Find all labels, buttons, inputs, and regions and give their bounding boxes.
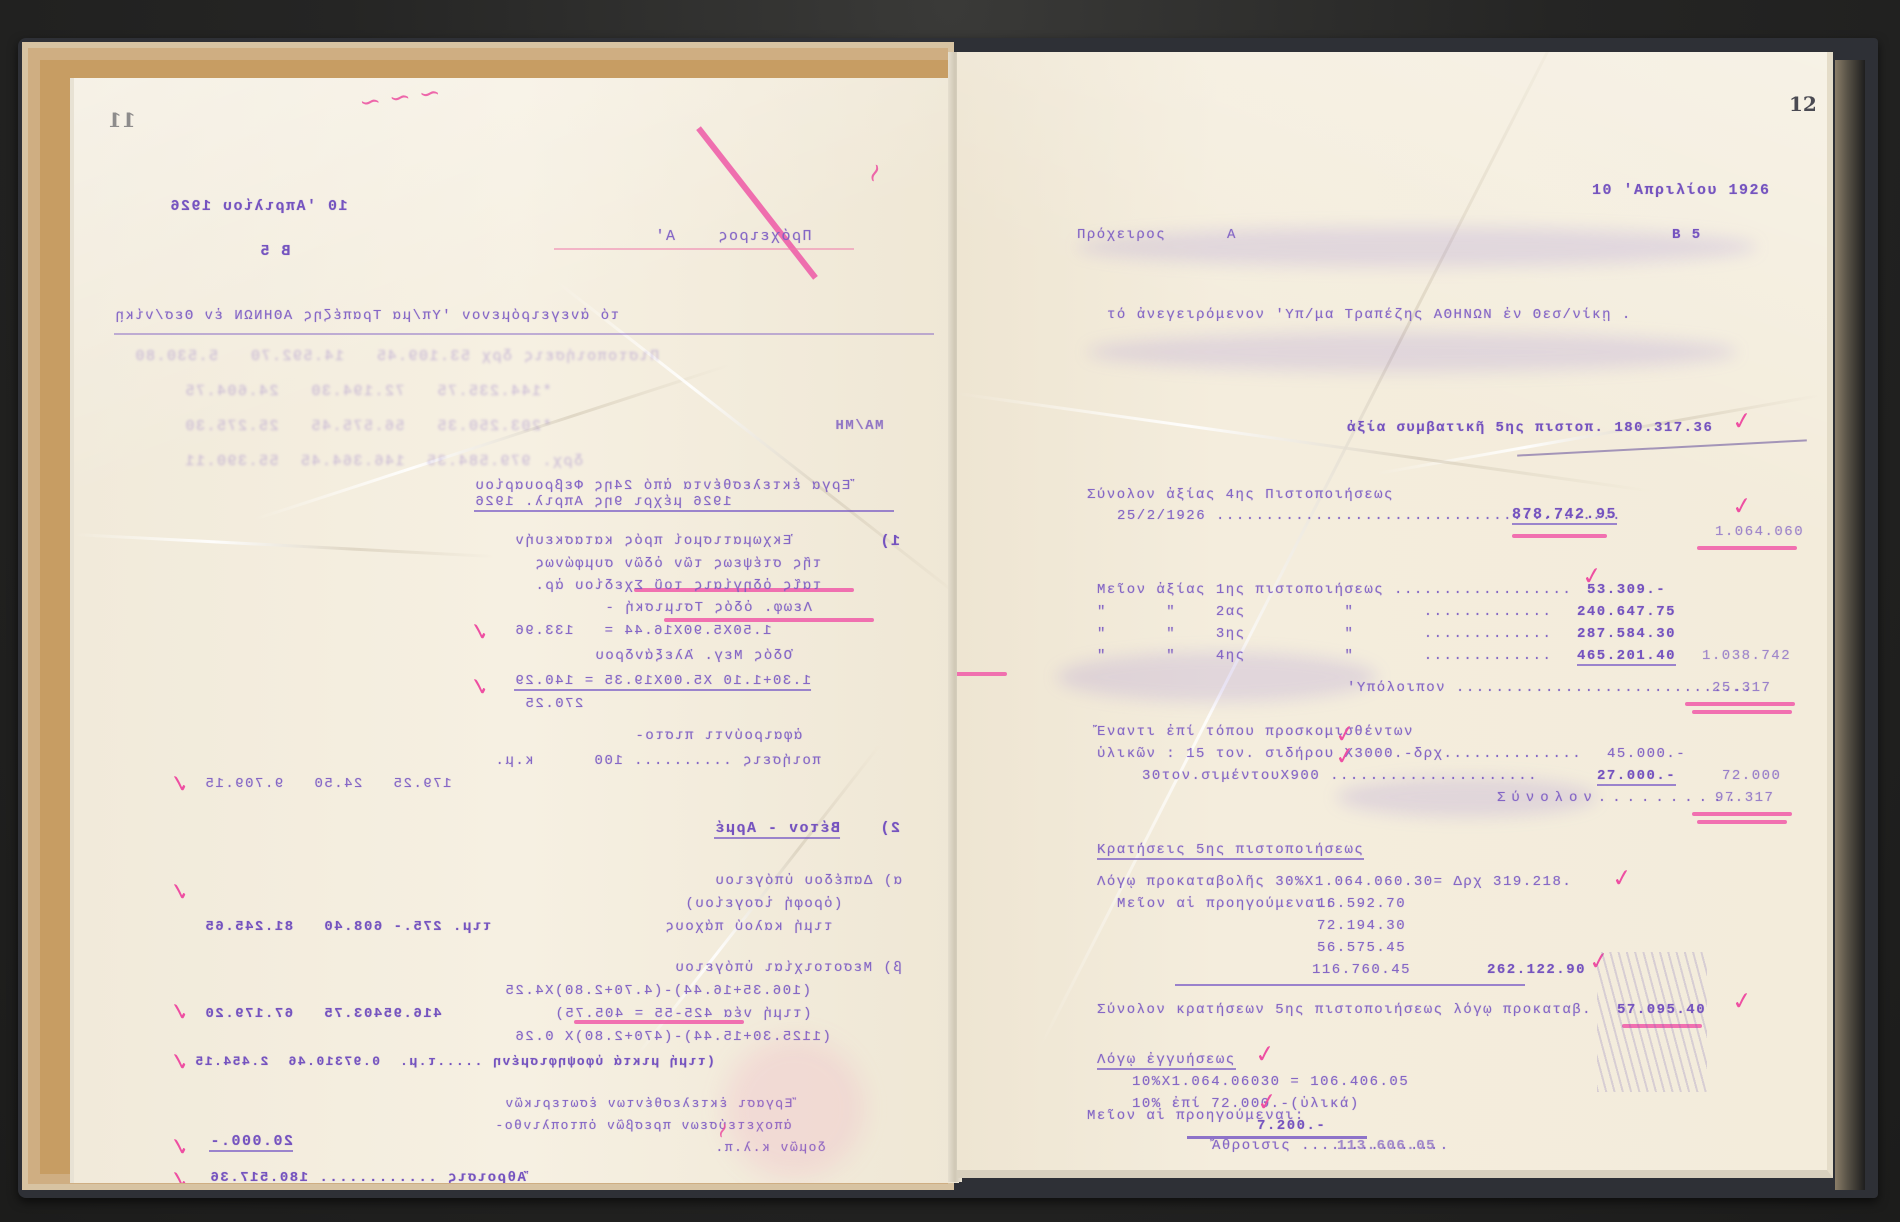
pink-check-icon: ✓ xyxy=(167,877,191,908)
pink-check-icon: ✓ xyxy=(167,997,191,1028)
materials-line: 30τον.σιμέντουΧ900 ..................... xyxy=(1142,768,1538,784)
date-text: 10 'Απριλίου 1926 xyxy=(1592,182,1771,199)
materials-value: 45.000.- xyxy=(1607,746,1686,762)
pink-check-icon: ✓ xyxy=(1255,1087,1279,1118)
section-line: 416.95403.75 67.179.20 xyxy=(204,1006,442,1022)
ink-bleed xyxy=(1077,227,1757,267)
section-line: Λεωφ. ὁδός Τσιμισκή - xyxy=(604,600,812,616)
minus-row: " " 2ας " ............. xyxy=(1097,604,1552,620)
guarantee-line: 7.200.- xyxy=(1257,1118,1326,1134)
pink-check-icon: ✓ xyxy=(1730,491,1754,522)
pink-pencil-annotation: ~ ~ ~ xyxy=(357,78,442,119)
advance-line: Λόγῳ προκαταβολῆς 30%Χ1.064.060.30= Δρχ … xyxy=(1097,874,1572,890)
section-line: ἀφαιρούντι πιστο- xyxy=(634,728,802,744)
previous-value: 116.760.45 xyxy=(1312,962,1411,978)
minus-row: " " 4ης " ............. xyxy=(1097,648,1552,664)
title-text: τό ἀνεγειρόμενον 'Υπ/μα Τραπέζης ΑΘΗΝΩΝ … xyxy=(114,308,619,324)
section-line: (106.35+16.44)-(4.70+2.80)Χ4.25 xyxy=(504,983,811,999)
section-line: τῆς στέψεως τῶν ὁδῶν συμφώνως xyxy=(534,556,821,572)
pink-check-icon: ✓ xyxy=(1730,406,1754,437)
ledger-row: *144.235.75 72.194.30 24.604.75 xyxy=(184,383,552,400)
pink-underline xyxy=(1685,702,1795,706)
page-number: 12 xyxy=(1789,92,1817,116)
ink-bleed xyxy=(1087,332,1737,372)
section-line: τιμ. 275.- 608.40 81.245.65 xyxy=(204,919,491,935)
carry-value: 1.064.060 xyxy=(1715,524,1804,540)
pink-check-icon: ✓ xyxy=(167,1132,191,1163)
pink-check-icon: ✓ xyxy=(467,672,491,703)
section-line: ταῖς ὁδηγίαις τοῦ Σχεδίου ἀρ. xyxy=(534,578,821,594)
pink-check-icon: ✓ xyxy=(167,1165,191,1183)
section-line: 179.25 24.50 9.709.15 xyxy=(204,776,452,792)
pink-mark xyxy=(957,672,1007,676)
pencil-scribble xyxy=(1597,952,1707,1092)
section-marker: 1) xyxy=(879,533,900,550)
section-line: Ὁδός Μεγ. Ἀλεξάνδρου xyxy=(594,648,792,664)
previous-value: 16.592.70 xyxy=(1317,896,1406,912)
date-text: 10 'Απριλίου 1926 xyxy=(169,198,348,215)
previous-value: 56.575.45 xyxy=(1317,940,1406,956)
section-line: 1.30+1.10 Χ5.00Χ19.35 = 140.29 xyxy=(514,673,811,691)
pink-underline xyxy=(1512,534,1607,538)
side-label: ΜΑ/ΜΗ xyxy=(834,418,884,434)
pink-pencil-signature: ~ xyxy=(857,158,893,189)
ledger-row: *203.250.35 56.575.45 25.275.30 xyxy=(184,418,552,435)
value-line: ἀξία συμβατικῆ 5ης πιστοπ. 180.317.36 xyxy=(1347,420,1713,436)
pink-check-icon: ✓ xyxy=(167,769,191,800)
pink-underline xyxy=(1697,546,1797,550)
total-4th-label: Σύνολον ἀξίας 4ης Πιστοποιήσεως xyxy=(1087,487,1394,503)
section-line: α) Δαπέδου ὑπόγειου xyxy=(714,873,902,889)
pink-strike-mark xyxy=(696,126,818,279)
section-heading: Ἔργα ἐκτελεσθέντα ἀπό 24ης Φεβρουαρίου 1… xyxy=(474,478,894,512)
section-line: Ἐκχωματισμοί πρός κατασκευήν xyxy=(514,533,791,549)
minus-row-value: 287.584.30 xyxy=(1577,626,1676,642)
pink-check-icon: ✓ xyxy=(1253,1039,1277,1070)
pink-check-icon: ✓ xyxy=(467,617,491,648)
minus-row-value: 240.647.75 xyxy=(1577,604,1676,620)
left-page: 11 ~ ~ ~ ~ 10 'Απριλίου 1926 Β 5 Πρόχειρ… xyxy=(70,78,959,1183)
right-page: 12 10 'Απριλίου 1926 Β 5 Πρόχειρος Α τό … xyxy=(957,52,1833,1178)
pink-check-icon: ✓ xyxy=(167,1047,191,1078)
cover-right-edge xyxy=(1835,60,1865,1190)
pink-underline xyxy=(1692,812,1792,816)
pink-underline xyxy=(1692,710,1792,714)
section-marker: 2) xyxy=(879,820,900,837)
deductions-total-label: Σύνολον κρατήσεων 5ης πιστοποιήσεως λόγῳ… xyxy=(1097,1002,1592,1018)
pink-check-icon: ✓ xyxy=(1333,741,1357,772)
header-letter: Α xyxy=(1227,227,1237,243)
remainder-label: 'Υπόλοιπον .............................… xyxy=(1347,680,1753,696)
section-heading: Βέτον - Αρμέ xyxy=(714,820,840,839)
minus-row-value: 465.201.40 xyxy=(1577,648,1676,666)
previous-total: 262.122.90 xyxy=(1487,962,1586,978)
section-line: ποιήσεις .......... 100 κ.μ. xyxy=(494,753,821,769)
materials-line: Ἔναντι ἐπί τόπου προσκομισθέντων xyxy=(1097,724,1414,740)
materials-sum: 72.000 xyxy=(1722,768,1781,784)
ledger-row: δρχ. 979.584.35 146.364.45 55.390.11 xyxy=(184,453,583,470)
guarantee-line: 10% ἐπί 72.000.-(ὑλικά) xyxy=(1132,1096,1360,1112)
previous-value: 72.194.30 xyxy=(1317,918,1406,934)
section-line: τιμή καλού πάχους xyxy=(664,919,832,935)
pink-underline xyxy=(1697,820,1787,824)
section-line: 1.50Χ5.90Χ16.44 = 133.96 xyxy=(514,623,771,639)
code-text: Β 5 xyxy=(259,243,291,260)
pink-check-icon: ✓ xyxy=(1610,863,1634,894)
header-label: Πρόχειρος xyxy=(1077,227,1166,243)
paper-crease xyxy=(74,533,494,558)
pink-check-icon: ✓ xyxy=(1730,986,1754,1017)
section-line: (τιμή μικτά ὑφοψηφισμένη .....τ.μ. 0.973… xyxy=(194,1054,715,1069)
materials-total-value: 97.317 xyxy=(1715,790,1774,806)
title-text: τό ἀνεγειρόμενον 'Υπ/μα Τραπέζης ΑΘΗΝΩΝ … xyxy=(1107,307,1632,323)
guarantee-heading: Λόγῳ ἐγγυήσεως xyxy=(1097,1052,1236,1070)
minus-row: Μεῖον ἀξίας 1ης πιστοποιήσεως ..........… xyxy=(1097,582,1572,598)
section-line: β) Μεσοτοιχίαι ὑπόγειου xyxy=(674,960,902,976)
total-line: Ἄθροισις ............ 180.517.36 xyxy=(209,1170,526,1183)
paper-crease xyxy=(553,278,959,601)
minus-sum: 1.038.742 xyxy=(1702,648,1791,664)
materials-value: 27.000.- xyxy=(1597,768,1676,786)
section-line: 270.25 xyxy=(524,696,583,712)
header-label: Πρόχειρος Α' xyxy=(654,228,812,245)
page-number: 11 xyxy=(108,108,136,132)
deductions-heading: Κρατήσεις 5ης πιστοποιήσεως xyxy=(1097,842,1364,860)
previous-label: Μεῖον αἱ προηγούμεναι: xyxy=(1117,896,1335,912)
remainder-value: 25.317 xyxy=(1712,680,1771,696)
guarantee-sum-value: 113.606.05 xyxy=(1337,1138,1436,1154)
ledger-row: Πιστοποιήσεις δρχ 53.109.45 14.592.70 5.… xyxy=(134,348,659,365)
rule-line xyxy=(1175,984,1525,986)
pink-underline xyxy=(574,1020,744,1024)
minus-row-value: 53.309.- xyxy=(1587,582,1666,598)
title-rule xyxy=(114,333,934,335)
materials-total-label: Σύνολον.......... xyxy=(1497,790,1742,806)
section-line: (ὀροφή ἰσογείου) xyxy=(684,896,842,912)
code-text: Β 5 xyxy=(1672,227,1702,243)
pink-pencil-smudge xyxy=(724,1038,864,1178)
pink-underline xyxy=(554,248,854,250)
pink-underline xyxy=(664,618,874,622)
minus-row: " " 3ης " ............. xyxy=(1097,626,1552,642)
section-line: 20.000.- xyxy=(209,1133,293,1152)
total-4th-value: 878.742.95 xyxy=(1512,506,1617,525)
